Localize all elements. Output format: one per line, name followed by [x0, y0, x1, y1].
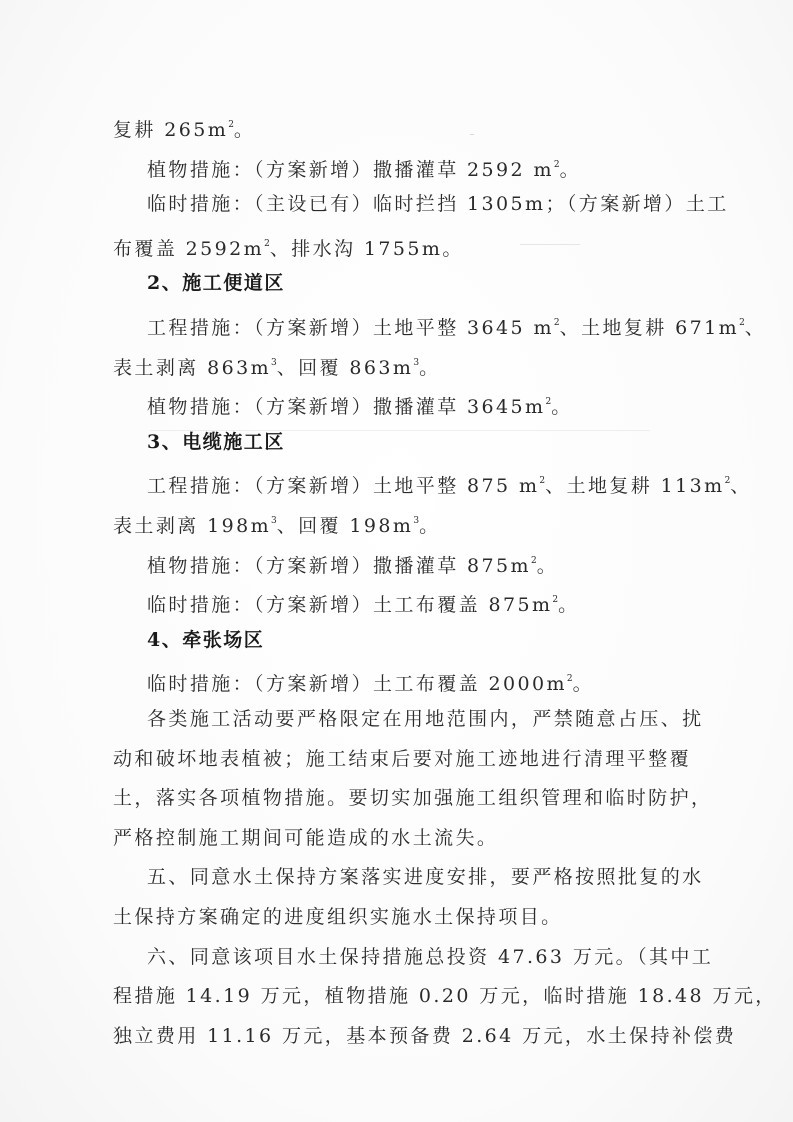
text-line: 五、同意水土保持方案落实进度安排，要严格按照批复的水 [147, 862, 703, 892]
text-line: 严格控制施工期间可能造成的水土流失。 [113, 823, 703, 853]
document-page: 复耕 265m2。植物措施：（方案新增）撒播灌草 2592 m2。临时措施：（主… [0, 0, 793, 1122]
text-line: 程措施 14.19 万元，植物措施 0.20 万元，临时措施 18.48 万元， [113, 981, 703, 1011]
section-heading: 4、牵张场区 [147, 625, 703, 655]
section-heading: 3、电缆施工区 [147, 427, 703, 457]
text-line: 植物措施：（方案新增）撒播灌草 875m2。 [147, 546, 703, 576]
text-line: 工程措施：（方案新增）土地平整 875 m2、土地复耕 113m2、 [147, 466, 703, 496]
text-line: 土保持方案确定的进度组织实施水土保持项目。 [113, 902, 703, 932]
text-line: 复耕 265m2。 [113, 110, 703, 140]
text-line: 土，落实各项植物措施。要切实加强施工组织管理和临时防护， [113, 783, 703, 813]
text-line: 六、同意该项目水土保持措施总投资 47.63 万元。（其中工 [147, 942, 703, 972]
text-line: 临时措施：（方案新增）土工布覆盖 875m2。 [147, 585, 703, 615]
text-line: 临时措施：（主设已有）临时拦挡 1305m；（方案新增）土工 [147, 189, 703, 219]
section-heading: 2、施工便道区 [147, 268, 703, 298]
text-line: 布覆盖 2592m2、排水沟 1755m。 [113, 229, 703, 259]
text-line: 工程措施：（方案新增）土地平整 3645 m2、土地复耕 671m2、 [147, 308, 703, 338]
text-line: 植物措施：（方案新增）撒播灌草 3645m2。 [147, 387, 703, 417]
text-line: 植物措施：（方案新增）撒播灌草 2592 m2。 [147, 150, 703, 180]
text-line: 独立费用 11.16 万元，基本预备费 2.64 万元，水土保持补偿费 [113, 1021, 703, 1051]
text-line: 临时措施：（方案新增）土工布覆盖 2000m2。 [147, 664, 703, 694]
text-line: 动和破坏地表植被；施工结束后要对施工迹地进行清理平整覆 [113, 744, 703, 774]
text-line: 表土剥离 863m3、回覆 863m3。 [113, 348, 703, 378]
text-line: 各类施工活动要严格限定在用地范围内，严禁随意占压、扰 [147, 704, 703, 734]
text-line: 表土剥离 198m3、回覆 198m3。 [113, 506, 703, 536]
